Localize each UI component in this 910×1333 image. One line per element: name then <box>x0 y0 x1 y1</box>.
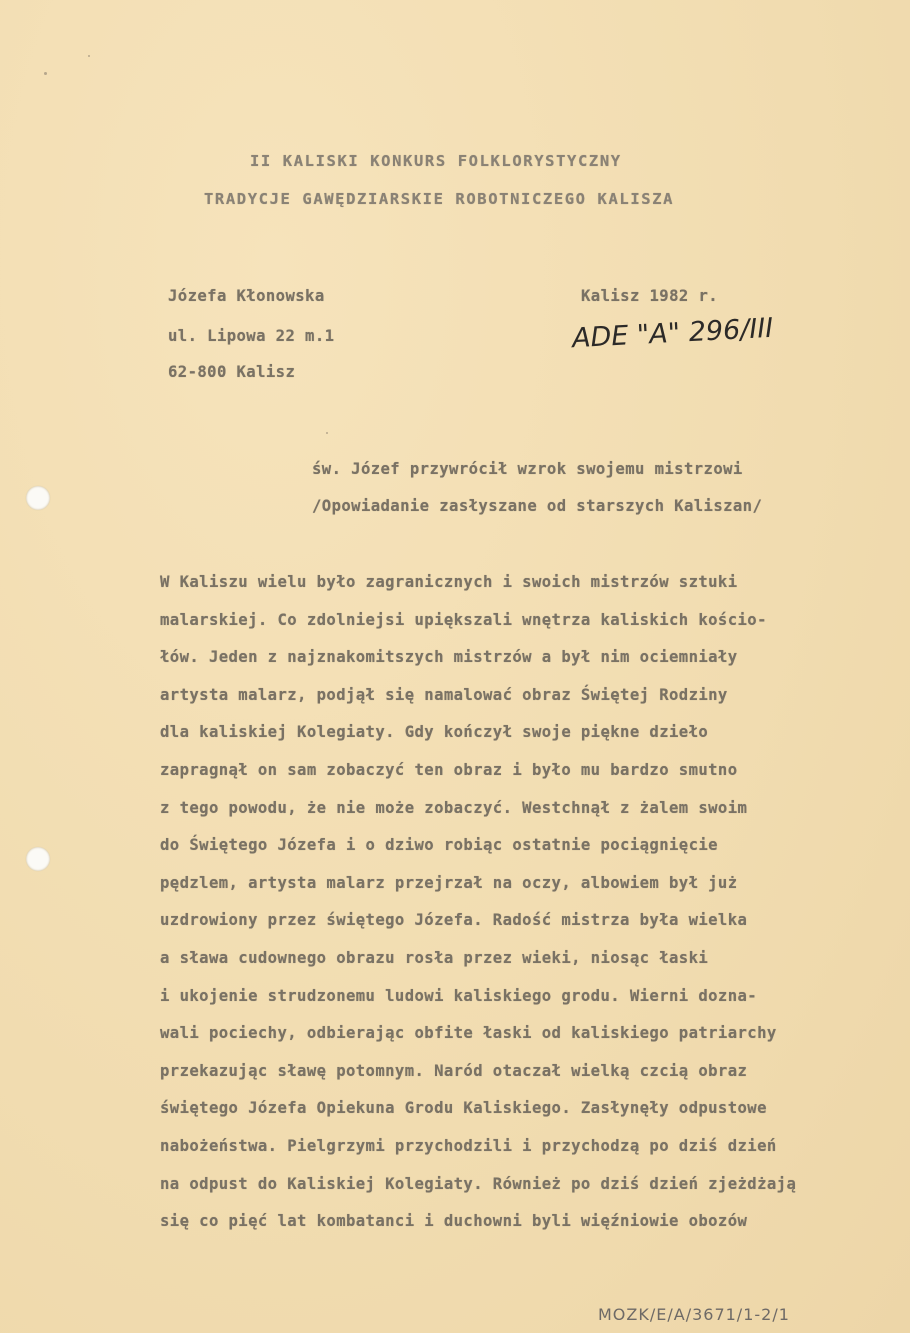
body-line: nabożeństwa. Pielgrzymi przychodzili i p… <box>160 1137 777 1155</box>
body-line: i ukojenie strudzonemu ludowi kaliskiego… <box>160 987 757 1005</box>
archive-signature: MOZK/E/A/3671/1-2/1 <box>598 1305 790 1324</box>
body-line: malarskiej. Co zdolniejsi upiększali wnę… <box>160 611 767 629</box>
punch-hole-bottom <box>26 847 50 871</box>
paper-speck <box>44 72 47 75</box>
author-city: 62-800 Kalisz <box>168 363 295 381</box>
body-line: W Kaliszu wielu było zagranicznych i swo… <box>160 573 738 591</box>
story-title: św. Józef przywrócił wzrok swojemu mistr… <box>312 460 743 478</box>
body-line: do Świętego Józefa i o dziwo robiąc osta… <box>160 836 718 854</box>
body-line: świętego Józefa Opiekuna Grodu Kaliskieg… <box>160 1099 767 1117</box>
body-line: zapragnął on sam zobaczyć ten obraz i by… <box>160 761 738 779</box>
body-line: przekazując sławę potomnym. Naród otacza… <box>160 1062 747 1080</box>
punch-hole-top <box>26 486 50 510</box>
body-line: artysta malarz, podjął się namalować obr… <box>160 686 728 704</box>
contest-subtitle: TRADYCJE GAWĘDZIARSKIE ROBOTNICZEGO KALI… <box>204 190 674 208</box>
body-line: z tego powodu, że nie może zobaczyć. Wes… <box>160 799 747 817</box>
contest-title: II KALISKI KONKURS FOLKLORYSTYCZNY <box>250 152 622 170</box>
body-line: wali pociechy, odbierając obfite łaski o… <box>160 1024 777 1042</box>
story-subtitle: /Opowiadanie zasłyszane od starszych Kal… <box>312 497 762 515</box>
body-line: się co pięć lat kombatanci i duchowni by… <box>160 1212 747 1230</box>
paper-speck <box>326 432 328 434</box>
archive-mark-handwritten: ADE "A" 296/III <box>571 313 774 354</box>
body-line: łów. Jeden z najznakomitszych mistrzów a… <box>160 648 738 666</box>
body-line: na odpust do Kaliskiej Kolegiaty. Równie… <box>160 1175 796 1193</box>
place-date: Kalisz 1982 r. <box>581 287 718 305</box>
author-name: Józefa Kłonowska <box>168 287 325 305</box>
body-line: pędzlem, artysta malarz przejrzał na ocz… <box>160 874 738 892</box>
body-line: a sława cudownego obrazu rosła przez wie… <box>160 949 708 967</box>
body-line: dla kaliskiej Kolegiaty. Gdy kończył swo… <box>160 723 708 741</box>
paper-speck <box>88 55 90 57</box>
body-line: uzdrowiony przez świętego Józefa. Radość… <box>160 911 747 929</box>
author-street: ul. Lipowa 22 m.1 <box>168 327 334 345</box>
